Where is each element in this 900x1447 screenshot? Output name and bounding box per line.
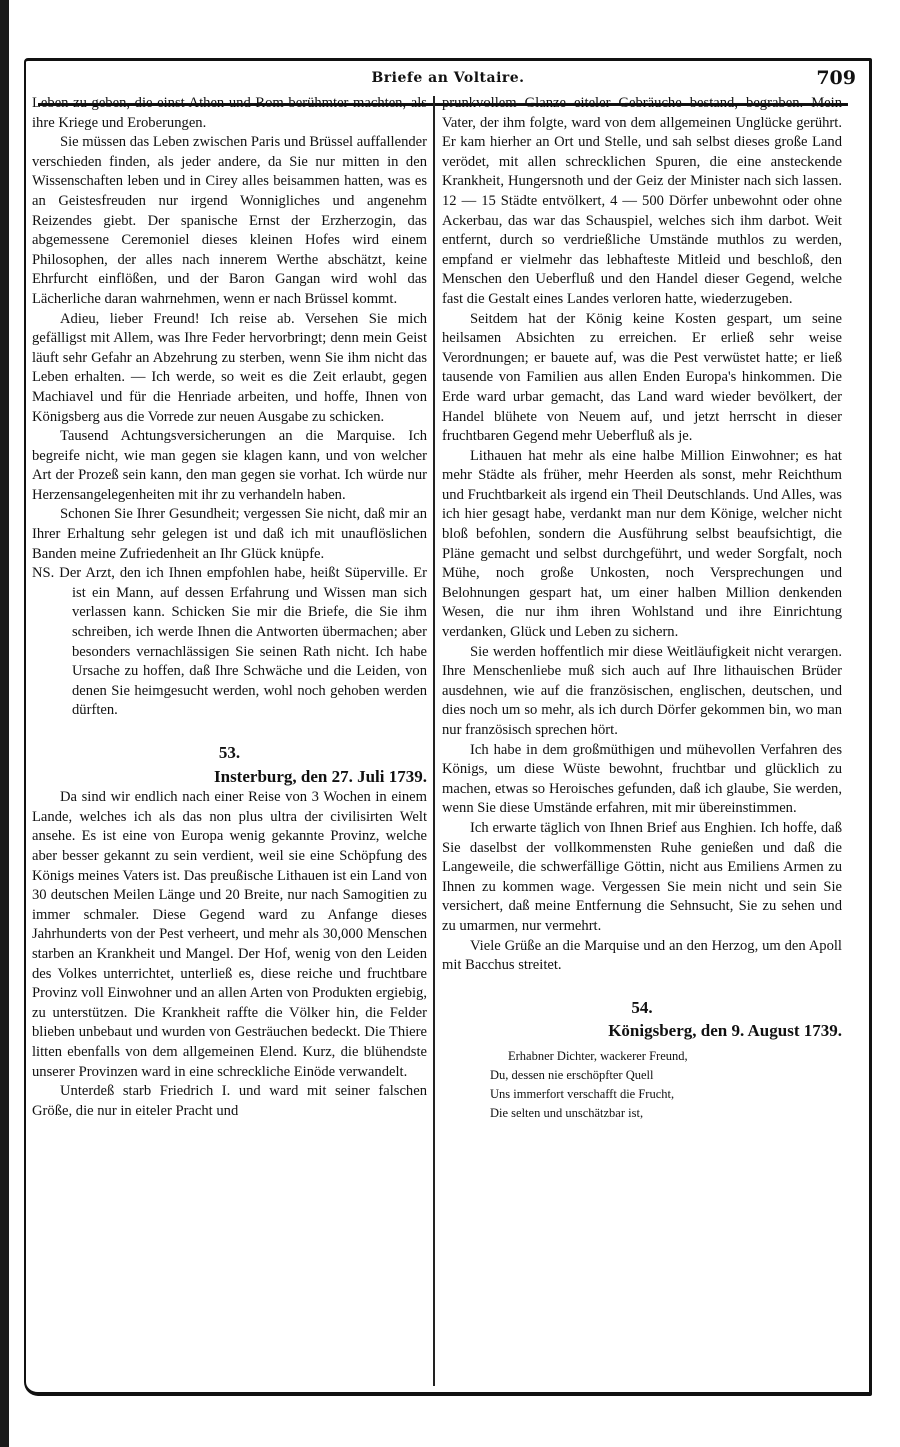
page-number: 709: [816, 67, 856, 89]
letter-dateline: Insterburg, den 27. Juli 1739.: [32, 767, 427, 787]
paragraph: Leben zu geben, die einst Athen und Rom …: [32, 94, 427, 133]
paragraph: Schonen Sie Ihrer Gesundheit; vergessen …: [32, 505, 427, 564]
verse-line: Die selten und unschätzbar ist,: [490, 1104, 842, 1123]
letter-number: 53.: [32, 743, 427, 763]
paragraph: Tausend Achtungsversicherungen an die Ma…: [32, 427, 427, 505]
verse-line: Du, dessen nie erschöpfter Quell: [490, 1066, 842, 1085]
paragraph: Da sind wir endlich nach einer Reise von…: [32, 788, 427, 1082]
paragraph: Sie müssen das Leben zwischen Paris und …: [32, 133, 427, 309]
column-divider: [433, 96, 435, 1386]
postscript: NS. Der Arzt, den ich Ihnen empfohlen ha…: [32, 564, 427, 721]
paragraph: Unterdeß starb Friedrich I. und ward mit…: [32, 1082, 427, 1121]
paragraph: Seitdem hat der König keine Kosten gespa…: [442, 310, 842, 447]
paragraph: Ich habe in dem großmüthigen und mühevol…: [442, 741, 842, 819]
scan-edge: [0, 0, 9, 1447]
letter-dateline: Königsberg, den 9. August 1739.: [442, 1021, 842, 1041]
letter-number: 54.: [442, 998, 842, 1018]
left-column: Leben zu geben, die einst Athen und Rom …: [32, 94, 427, 1121]
running-title: Briefe an Voltaire.: [26, 70, 870, 86]
paragraph: Adieu, lieber Freund! Ich reise ab. Vers…: [32, 310, 427, 428]
paragraph: Lithauen hat mehr als eine halbe Million…: [442, 447, 842, 643]
verse-line: Uns immerfort verschafft die Frucht,: [490, 1085, 842, 1104]
verse-block: Erhabner Dichter, wackerer Freund, Du, d…: [442, 1047, 842, 1123]
paragraph: Viele Grüße an die Marquise und an den H…: [442, 937, 842, 976]
right-column: prunkvollem Glanze eiteler Gebräuche bes…: [442, 94, 842, 1123]
paragraph: Sie werden hoffentlich mir diese Weitläu…: [442, 643, 842, 741]
verse-line: Erhabner Dichter, wackerer Freund,: [490, 1047, 842, 1066]
paragraph: Ich erwarte täglich von Ihnen Brief aus …: [442, 819, 842, 937]
paragraph: prunkvollem Glanze eiteler Gebräuche bes…: [442, 94, 842, 310]
